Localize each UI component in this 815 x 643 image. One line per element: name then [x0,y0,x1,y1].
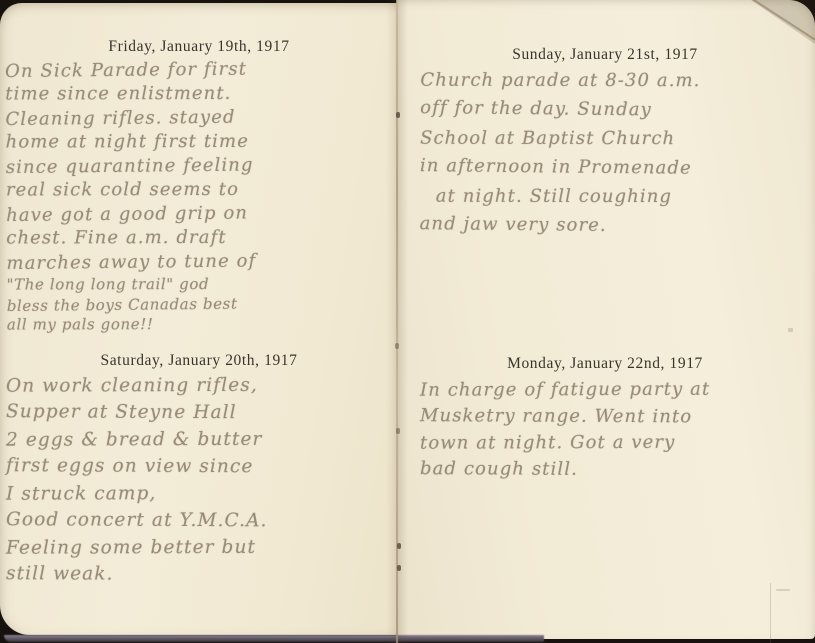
binding-stitch [396,112,400,118]
handwritten-line: 2 eggs & bread & butter [6,425,394,453]
handwritten-line: in afternoon in Promenade [420,151,812,184]
handwritten-line: Good concert at Y.M.C.A. [6,506,394,535]
entry-text-friday: On Sick Parade for first time since enli… [5,57,395,336]
binding-stitch [395,343,399,349]
entry-text-sunday: Church parade at 8-30 a.m. off for the d… [420,65,813,241]
handwritten-line: School at Baptist Church [420,124,812,154]
handwritten-line: off for the day. Sunday [420,93,812,126]
entry-header-sunday: Sunday, January 21st, 1917 [400,46,810,64]
handwritten-line: "The long long trail" god [7,273,395,294]
handwritten-line: town at night. Got a very [420,429,812,457]
entry-text-monday: In charge of fatigue party at Musketry r… [420,377,812,483]
binding-stitch [397,543,401,549]
handwritten-line: Musketry range. Went into [420,403,812,431]
handwritten-line: Church parade at 8-30 a.m. [420,66,812,96]
binding-stitch [396,428,400,434]
handwritten-line: at night. Still coughing [420,182,812,212]
corner-fold-shade [751,0,815,44]
page-bottom-shadow [4,635,544,642]
handwritten-line: Cleaning rifles. stayed [5,104,393,132]
handwritten-line: time since enlistment. [5,81,393,106]
handwritten-line: marches away to tune of [6,248,394,276]
handwritten-line: have got a good grip on [6,200,394,228]
binding-stitch [397,565,401,571]
underpage-edge [770,583,771,643]
handwritten-line: still weak. [6,560,394,589]
entry-header-friday: Friday, January 19th, 1917 [4,38,394,56]
handwritten-line: On work cleaning rifles, [6,371,394,399]
handwritten-line: Feeling some better but [6,533,394,561]
handwritten-line: In charge of fatigue party at [420,376,812,404]
handwritten-line: bless the boys Canadas best [7,292,395,316]
handwritten-line: all my pals gone!! [7,313,395,334]
handwritten-line: bad cough still. [420,456,812,484]
diary-scan: Friday, January 19th, 1917 Saturday, Jan… [0,0,815,643]
handwritten-line: since quarantine feeling [6,152,394,180]
handwritten-line: first eggs on view since [6,452,394,481]
paper-speck [788,328,793,332]
handwritten-line: Supper at Steyne Hall [6,398,394,427]
handwritten-line: and jaw very sore. [419,209,811,242]
handwritten-line: chest. Fine a.m. draft [6,225,394,250]
handwritten-line: real sick cold seems to [6,177,394,202]
entry-text-saturday: On work cleaning rifles, Supper at Steyn… [6,372,394,588]
handwritten-line: home at night first time [6,129,394,154]
entry-header-monday: Monday, January 22nd, 1917 [400,355,810,373]
paper-speck [776,589,790,591]
handwritten-line: I struck camp, [6,479,394,507]
handwritten-line: On Sick Parade for first [5,56,393,84]
entry-header-saturday: Saturday, January 20th, 1917 [4,352,394,370]
